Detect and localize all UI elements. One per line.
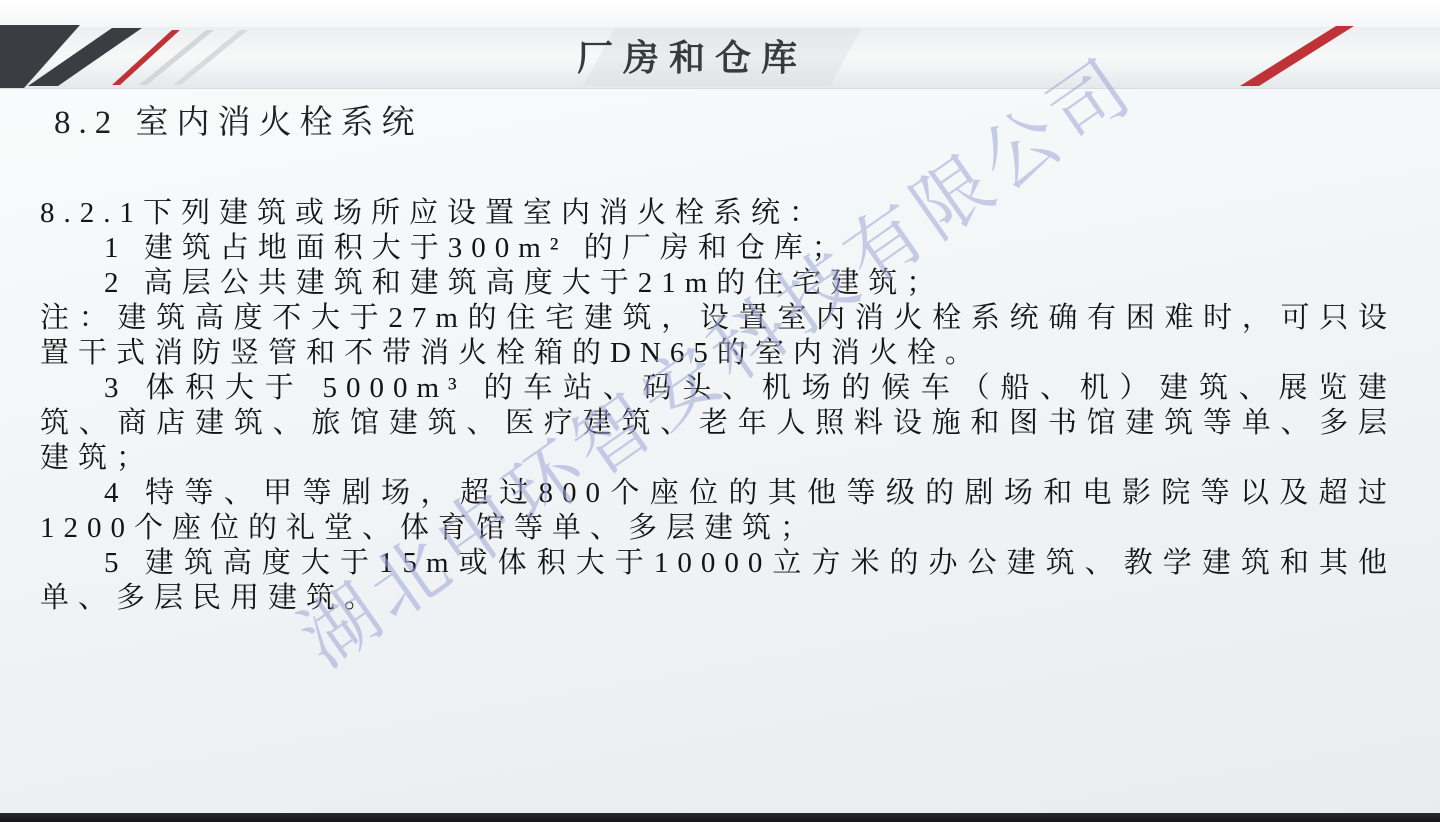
para-note: 注：建筑高度不大于27m的住宅建筑，设置室内消火栓系统确有困难时，可只设置干式消… <box>40 301 1396 371</box>
para-8-2-1-intro: 8.2.1下列建筑或场所应设置室内消火栓系统： <box>40 196 1396 231</box>
para-item-4: 4 特等、甲等剧场，超过800个座位的其他等级的剧场和电影院等以及超过1200个… <box>40 476 1396 546</box>
para-item-1: 1 建筑占地面积大于300m² 的厂房和仓库； <box>40 231 1396 266</box>
slide-title: 厂房和仓库 <box>0 30 1440 86</box>
para-item-3: 3 体积大于 5000m³ 的车站、码头、机场的候车（船、机）建筑、展览建筑、商… <box>40 371 1396 476</box>
section-heading: 8.2 室内消火栓系统 <box>54 96 423 143</box>
presentation-slide: 厂房和仓库 8.2 室内消火栓系统 8.2.1下列建筑或场所应设置室内消火栓系统… <box>0 0 1440 822</box>
body-text-block: 8.2.1下列建筑或场所应设置室内消火栓系统： 1 建筑占地面积大于300m² … <box>40 196 1396 616</box>
para-item-2: 2 高层公共建筑和建筑高度大于21m的住宅建筑； <box>40 266 1396 301</box>
bottom-bar <box>0 813 1440 822</box>
para-item-5: 5 建筑高度大于15m或体积大于10000立方米的办公建筑、教学建筑和其他单、多… <box>40 546 1396 616</box>
top-margin-strip <box>0 0 1440 27</box>
